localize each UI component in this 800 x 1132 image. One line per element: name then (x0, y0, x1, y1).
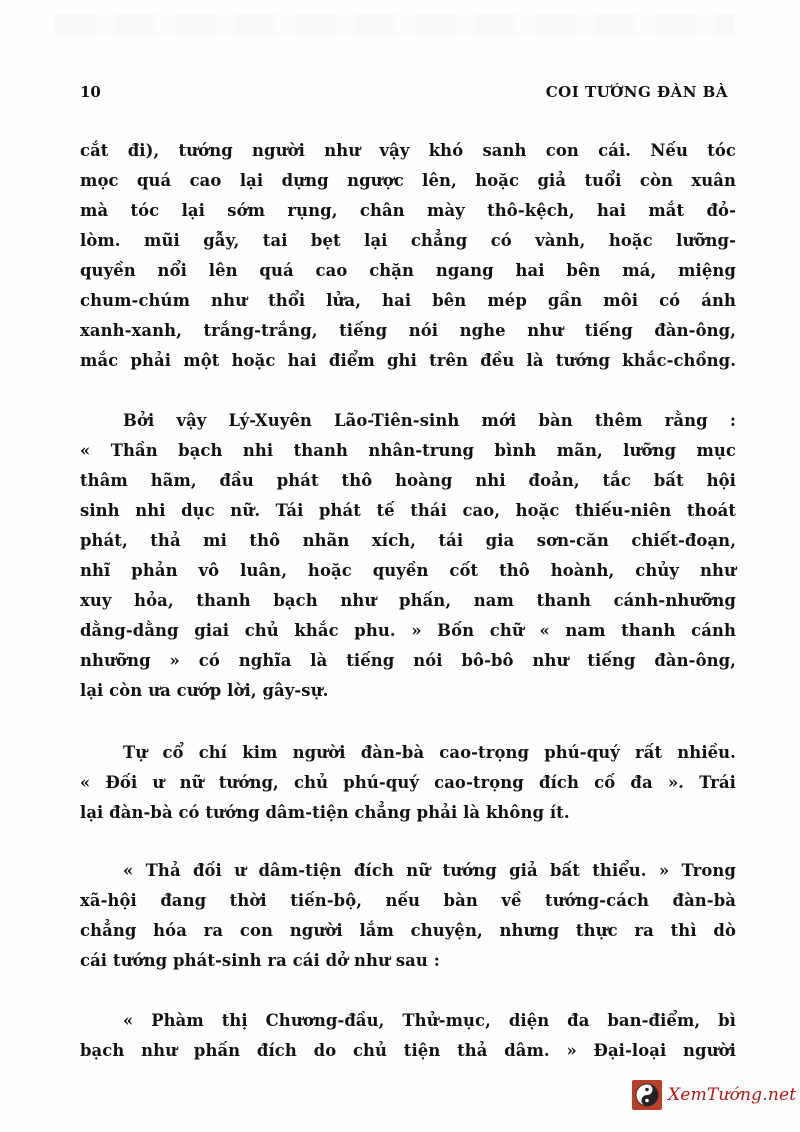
text-line: sinh nhi dục nữ. Tái phát tế thái cao, h… (80, 496, 736, 526)
text-line: mà tóc lại sớm rụng, chân mày thô-kệch, … (80, 196, 736, 226)
paragraph: Bởi vậy Lý-Xuyên Lão-Tiên-sinh mới bàn t… (80, 406, 736, 706)
text-line: dằng-dằng giai chủ khắc phu. » Bốn chữ «… (80, 616, 736, 646)
text-line: bạch như phấn đích do chủ tiện thả dâm. … (80, 1036, 736, 1066)
text-line: lại còn ưa cướp lời, gây-sự. (80, 676, 736, 706)
watermark-text: XemTướng.net (668, 1085, 796, 1105)
text-line: thâm hãm, đầu phát thô hoàng nhi đoản, t… (80, 466, 736, 496)
paragraph: Tự cổ chí kim người đàn-bà cao-trọng phú… (80, 738, 736, 828)
text-line: nhĩ phản vô luân, hoặc quyền cốt thô hoà… (80, 556, 736, 586)
text-line: mọc quá cao lại dựng ngược lên, hoặc giả… (80, 166, 736, 196)
paragraph-gap (80, 706, 736, 738)
text-line: Bởi vậy Lý-Xuyên Lão-Tiên-sinh mới bàn t… (80, 406, 736, 436)
text-line: chum-chúm như thổi lửa, hai bên mép gần … (80, 286, 736, 316)
text-line: « Đối ư nữ tướng, chủ phú-quý cao-trọng … (80, 768, 736, 798)
text-line: quyền nổi lên quá cao chặn ngang hai bên… (80, 256, 736, 286)
running-header: 10 COI TƯỚNG ĐÀN BÀ (80, 80, 728, 104)
body-text: cắt đi), tướng người như vậy khó sanh co… (80, 136, 736, 1066)
text-line: xã-hội đang thời tiến-bộ, nếu bàn về tướ… (80, 886, 736, 916)
text-line: xuy hỏa, thanh bạch như phấn, nam thanh … (80, 586, 736, 616)
yin-yang-icon (632, 1080, 662, 1110)
text-line: lòm. mũi gẫy, tai bẹt lại chẳng có vành,… (80, 226, 736, 256)
text-line: « Thả đối ư dâm-tiện đích nữ tướng giả b… (80, 856, 736, 886)
paragraph-gap (80, 828, 736, 856)
paragraph: « Thả đối ư dâm-tiện đích nữ tướng giả b… (80, 856, 736, 976)
paragraph: cắt đi), tướng người như vậy khó sanh co… (80, 136, 736, 376)
text-line: « Phàm thị Chương-đầu, Thử-mục, diện đa … (80, 1006, 736, 1036)
text-line: nhưỡng » có nghĩa là tiếng nói bô-bô như… (80, 646, 736, 676)
bleed-through-artifact (55, 14, 735, 36)
text-line: cắt đi), tướng người như vậy khó sanh co… (80, 136, 736, 166)
text-line: « Thần bạch nhi thanh nhân-trung bình mã… (80, 436, 736, 466)
text-line: Tự cổ chí kim người đàn-bà cao-trọng phú… (80, 738, 736, 768)
page-number: 10 (80, 83, 101, 101)
book-page: 10 COI TƯỚNG ĐÀN BÀ cắt đi), tướng người… (0, 0, 800, 1132)
text-line: lại đàn-bà có tướng dâm-tiện chẳng phải … (80, 798, 736, 828)
book-title: COI TƯỚNG ĐÀN BÀ (546, 83, 728, 101)
paragraph-gap (80, 376, 736, 406)
text-line: xanh-xanh, trắng-trắng, tiếng nói nghe n… (80, 316, 736, 346)
paragraph: « Phàm thị Chương-đầu, Thử-mục, diện đa … (80, 1006, 736, 1066)
text-line: mắc phải một hoặc hai điểm ghi trên đều … (80, 346, 736, 376)
paragraph-gap (80, 976, 736, 1006)
text-line: phát, thả mi thô nhãn xích, tái gia sơn-… (80, 526, 736, 556)
text-line: cái tướng phát-sinh ra cái dở như sau : (80, 946, 736, 976)
site-watermark: XemTướng.net (632, 1080, 796, 1110)
text-line: chẳng hóa ra con người lắm chuyện, nhưng… (80, 916, 736, 946)
